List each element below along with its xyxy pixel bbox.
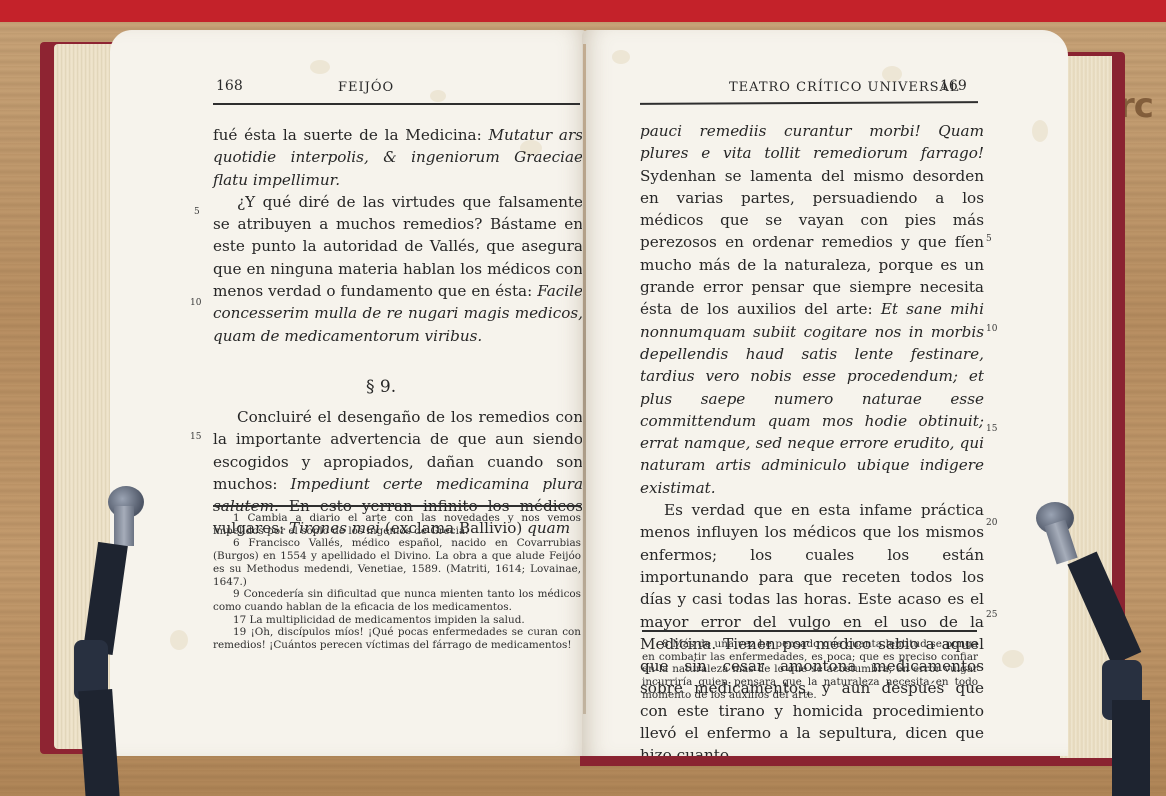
footnote: 17 La multiplicidad de medicamentos impi… (213, 614, 581, 627)
line-number: 15 (190, 432, 201, 442)
page-number: 168 (216, 78, 243, 94)
footnote-rule (213, 505, 581, 507)
running-head: FEIJÓO (338, 80, 394, 95)
line-number: 20 (986, 518, 997, 528)
footnote: 6 Francisco Vallés, médico español, naci… (213, 537, 581, 588)
paragraph: ¿Y qué diré de las virtudes que falsamen… (213, 191, 583, 347)
binding-thread (583, 44, 586, 714)
line-number: 25 (986, 610, 997, 620)
header-rule (640, 101, 978, 105)
foxing-spot (170, 630, 188, 650)
left-page: 168 FEIJÓO fué ésta la suerte de la Medi… (110, 30, 588, 756)
line-number: 5 (194, 207, 200, 217)
header-rule (213, 103, 580, 105)
holder-neck (114, 506, 134, 546)
line-number: 5 (986, 234, 992, 244)
paragraph: pauci remediis curantur morbi! Quam plur… (640, 120, 984, 499)
left-page-body-text: fué ésta la suerte de la Medicina: Mutat… (213, 124, 583, 347)
section-heading: § 9. (366, 377, 396, 397)
red-background-band (0, 0, 1166, 22)
line-number: 10 (986, 324, 997, 334)
footnote: 1 Cambia a diario el arte con las noveda… (213, 512, 581, 537)
foxing-spot (1002, 650, 1024, 668)
footnote: 19 ¡Oh, discípulos míos! ¡Qué pocas enfe… (213, 626, 581, 651)
foxing-spot (430, 90, 446, 102)
right-page: TEATRO CRÍTICO UNIVERSAL 169 pauci remed… (582, 30, 1068, 756)
running-head: TEATRO CRÍTICO UNIVERSAL (729, 80, 960, 95)
left-page-footnotes: 1 Cambia a diario el arte con las noveda… (213, 512, 581, 652)
page-number: 169 (940, 78, 967, 94)
footnote: 9 Concedería sin dificultad que nunca mi… (213, 588, 581, 613)
line-number: 10 (190, 298, 201, 308)
foxing-spot (1032, 120, 1048, 142)
paragraph: fué ésta la suerte de la Medicina: Mutat… (213, 124, 583, 191)
paragraph: Es verdad que en esta infame práctica me… (640, 499, 984, 756)
line-number: 15 (986, 424, 997, 434)
footnote: 8 Más de una vez he pensado que cuanta l… (642, 638, 978, 702)
right-page-footnotes: 8 Más de una vez he pensado que cuanta l… (642, 638, 978, 702)
foxing-spot (310, 60, 330, 74)
foxing-spot (612, 50, 630, 64)
holder-strap-base (1112, 700, 1150, 796)
footnote-rule (642, 630, 977, 632)
